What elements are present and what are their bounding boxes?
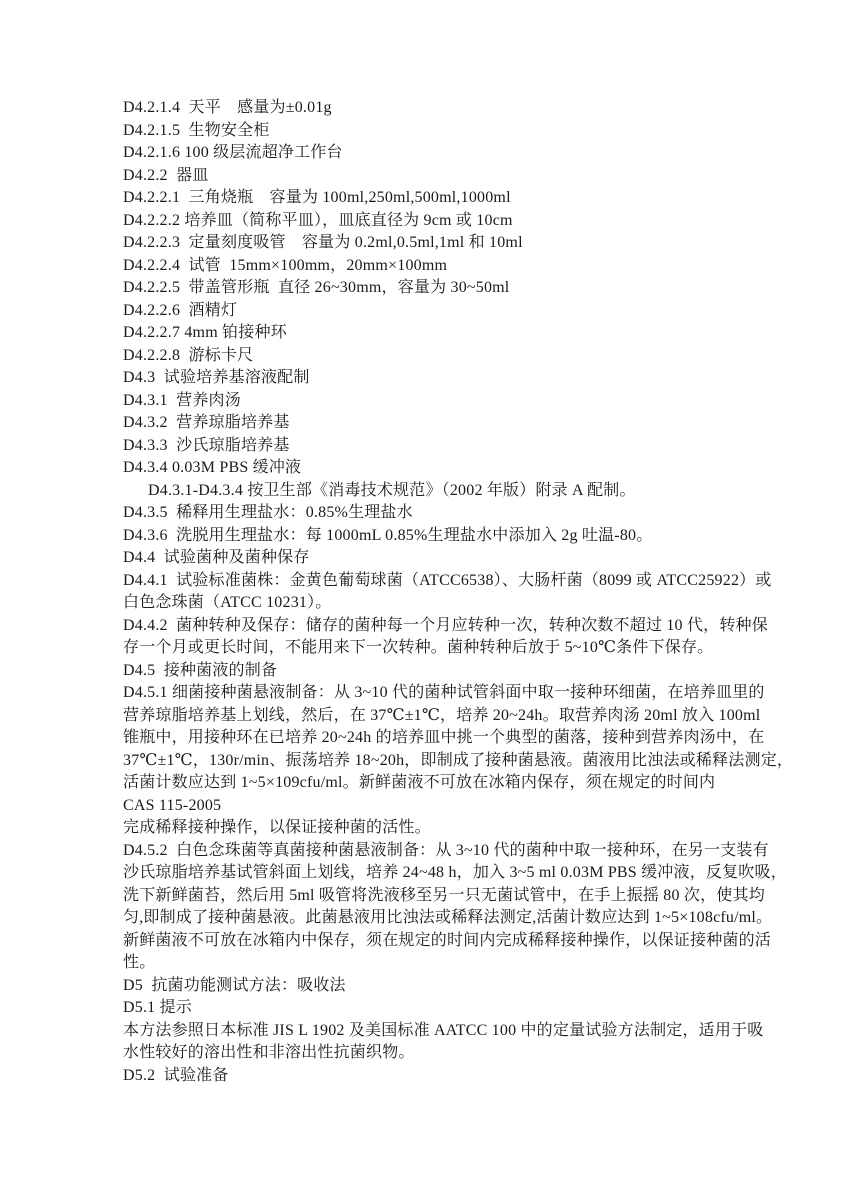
clause-line: D4.2.2.3 定量刻度吸管 容量为 0.2ml,0.5ml,1ml 和 10… bbox=[123, 232, 735, 255]
continuation-line: 洗下新鲜菌苔，然后用 5ml 吸管将洗液移至另一只无菌试管中，在手上振摇 80 … bbox=[123, 885, 735, 908]
clause-line: D4.2.2.4 试管 15mm×100mm，20mm×100mm bbox=[123, 255, 735, 278]
continuation-line: 存一个月或更长时间，不能用来下一次转种。菌种转种后放于 5~10℃条件下保存。 bbox=[123, 637, 735, 660]
document-page: D4.2.1.4 天平 感量为±0.01gD4.2.1.5 生物安全柜D4.2.… bbox=[0, 0, 849, 1200]
continuation-line: 37℃±1℃，130r/min、振荡培养 18~20h，即制成了接种菌悬液。菌液… bbox=[123, 750, 735, 773]
clause-line: D4.3.6 洗脱用生理盐水：每 1000mL 0.85%生理盐水中添加入 2g… bbox=[123, 525, 735, 548]
clause-line: D4.2.2.5 带盖管形瓶 直径 26~30mm，容量为 30~50ml bbox=[123, 277, 735, 300]
clause-line: D4.4.2 菌种转种及保存：储存的菌种每一个月应转种一次，转种次数不超过 10… bbox=[123, 615, 735, 638]
clause-line: D4.2.2.6 酒精灯 bbox=[123, 300, 735, 323]
clause-line: D4.4.1 试验标准菌株：金黄色葡萄球菌（ATCC6538）、大肠杆菌（809… bbox=[123, 570, 735, 593]
clause-line: D4.2.2.2 培养皿（简称平皿），皿底直径为 9cm 或 10cm bbox=[123, 210, 735, 233]
continuation-line: 性。 bbox=[123, 952, 735, 975]
continuation-line: 锥瓶中，用接种环在已培养 20~24h 的培养皿中挑一个典型的菌落，接种到营养肉… bbox=[123, 727, 735, 750]
clause-line: D4.4 试验菌种及菌种保存 bbox=[123, 547, 735, 570]
note-line: D4.3.1-D4.3.4 按卫生部《消毒技术规范》（2002 年版）附录 A … bbox=[123, 480, 735, 503]
clause-line: D5.1 提示 bbox=[123, 997, 735, 1020]
clause-line: D4.2.2.8 游标卡尺 bbox=[123, 345, 735, 368]
clause-line: D4.3.3 沙氏琼脂培养基 bbox=[123, 435, 735, 458]
clause-line: D4.3.5 稀释用生理盐水：0.85%生理盐水 bbox=[123, 502, 735, 525]
clause-line: D4.2.1.6 100 级层流超净工作台 bbox=[123, 142, 735, 165]
clause-line: D4.5 接种菌液的制备 bbox=[123, 660, 735, 683]
clause-line: D5.2 试验准备 bbox=[123, 1065, 735, 1088]
clause-line: D4.3.1 营养肉汤 bbox=[123, 390, 735, 413]
clause-line: D4.3 试验培养基溶液配制 bbox=[123, 367, 735, 390]
clause-line: D4.3.4 0.03M PBS 缓冲液 bbox=[123, 457, 735, 480]
standard-code-line: CAS 115-2005 bbox=[123, 795, 735, 818]
clause-line: D4.2.2.1 三角烧瓶 容量为 100ml,250ml,500ml,1000… bbox=[123, 187, 735, 210]
continuation-line: 新鲜菌液不可放在冰箱内中保存，须在规定的时间内完成稀释接种操作，以保证接种菌的活 bbox=[123, 930, 735, 953]
continuation-line: 白色念珠菌（ATCC 10231）。 bbox=[123, 592, 735, 615]
continuation-line: 本方法参照日本标准 JIS L 1902 及美国标准 AATCC 100 中的定… bbox=[123, 1020, 735, 1043]
continuation-line: 沙氏琼脂培养基试管斜面上划线，培养 24~48 h，加入 3~5 ml 0.03… bbox=[123, 862, 735, 885]
clause-line: D5 抗菌功能测试方法：吸收法 bbox=[123, 975, 735, 998]
continuation-line: 匀,即制成了接种菌悬液。此菌悬液用比浊法或稀释法测定,活菌计数应达到 1~5×1… bbox=[123, 907, 735, 930]
continuation-line: 完成稀释接种操作，以保证接种菌的活性。 bbox=[123, 817, 735, 840]
continuation-line: 水性较好的溶出性和非溶出性抗菌织物。 bbox=[123, 1042, 735, 1065]
clause-line: D4.5.1 细菌接种菌悬液制备：从 3~10 代的菌种试管斜面中取一接种环细菌… bbox=[123, 682, 735, 705]
clause-line: D4.5.2 白色念珠菌等真菌接种菌悬液制备：从 3~10 代的菌种中取一接种环… bbox=[123, 840, 735, 863]
clause-line: D4.2.2 器皿 bbox=[123, 165, 735, 188]
continuation-line: 营养琼脂培养基上划线，然后，在 37℃±1℃，培养 20~24h。取营养肉汤 2… bbox=[123, 705, 735, 728]
continuation-line: 活菌计数应达到 1~5×109cfu/ml。新鲜菌液不可放在冰箱内保存，须在规定… bbox=[123, 772, 735, 795]
clause-line: D4.2.1.4 天平 感量为±0.01g bbox=[123, 97, 735, 120]
clause-line: D4.2.2.7 4mm 铂接种环 bbox=[123, 322, 735, 345]
clause-line: D4.2.1.5 生物安全柜 bbox=[123, 120, 735, 143]
document-text-block: D4.2.1.4 天平 感量为±0.01gD4.2.1.5 生物安全柜D4.2.… bbox=[123, 97, 735, 1087]
clause-line: D4.3.2 营养琼脂培养基 bbox=[123, 412, 735, 435]
